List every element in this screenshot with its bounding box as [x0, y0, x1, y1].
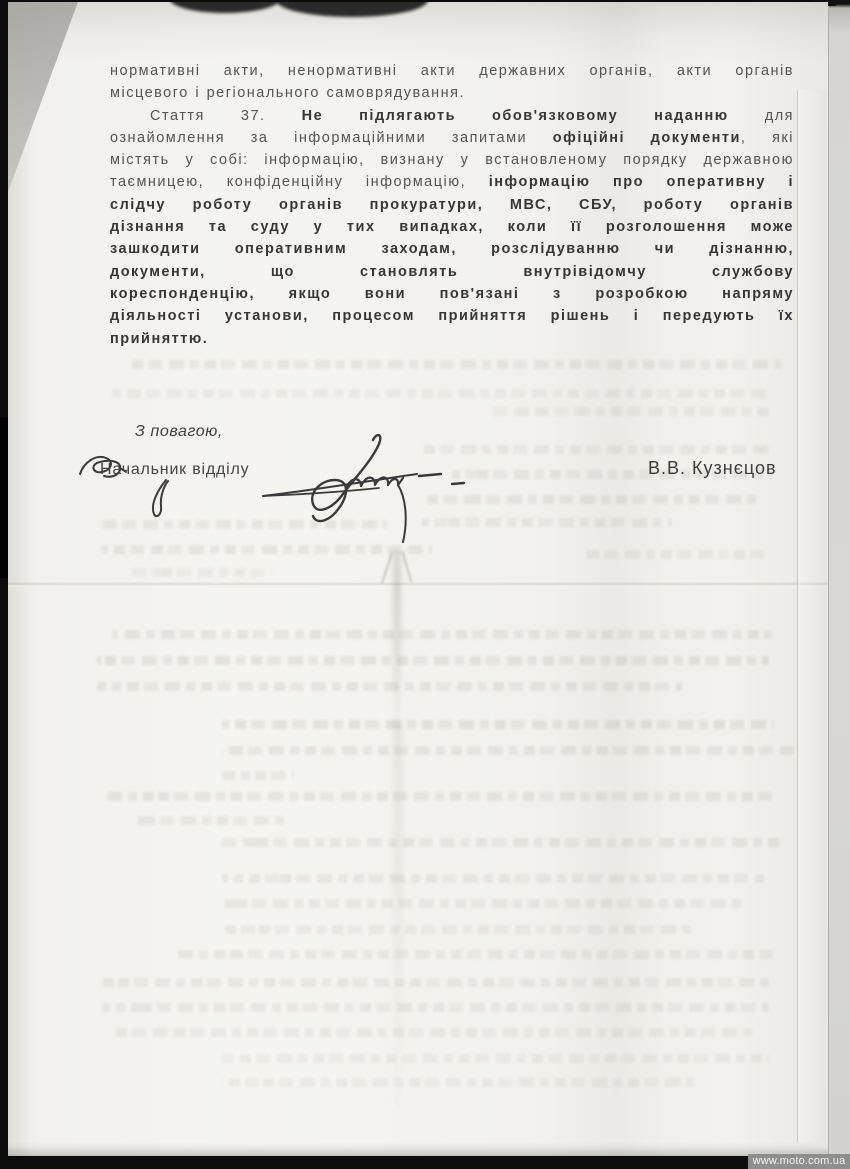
bleedthrough-line: [102, 792, 774, 801]
bleedthrough-line: [222, 1078, 694, 1087]
body-line: дізнання та суду у тих випадках, коли її…: [110, 216, 794, 238]
body-line: слідчу роботу органів прокуратури, МВС, …: [110, 194, 794, 216]
bleedthrough-line: [582, 550, 767, 559]
shadow-bottom: [8, 1142, 828, 1156]
bleedthrough-line: [222, 1054, 769, 1063]
signer-name: В.В. Кузнєцов: [648, 458, 777, 479]
lid-shadow-top: [8, 2, 828, 62]
body-line: прийняттю.: [110, 328, 794, 350]
fold-line-right: [797, 90, 826, 1142]
bleedthrough-line: [222, 771, 294, 780]
paper-sheet: нормативні акти, ненормативні акти держа…: [8, 2, 828, 1156]
bleedthrough-line: [492, 407, 772, 416]
bleedthrough-line: [102, 978, 774, 987]
body-line: місцевого і регіонального самоврядування…: [110, 82, 794, 104]
body-line: містять у собі: інформацію, визнану у вс…: [110, 149, 794, 171]
bleedthrough-line: [112, 1028, 754, 1037]
bleedthrough-line: [132, 360, 782, 369]
scanner-edge-bottom: [0, 1156, 850, 1169]
body-line: ознайомлення за інформаційними запитами …: [110, 127, 794, 149]
body-line: таємницею, конфіденційну інформацію, інф…: [110, 171, 794, 193]
bleedthrough-line: [132, 816, 284, 825]
fold-crease-vertical: [393, 722, 403, 1142]
body-line: зашкодити оперативним заходам, розслідув…: [110, 238, 794, 260]
bleedthrough-line: [222, 746, 794, 755]
scanned-letter: нормативні акти, ненормативні акти держа…: [0, 0, 850, 1169]
bleedthrough-line: [172, 950, 774, 959]
closing-salutation: З повагою,: [135, 423, 223, 441]
bleedthrough-line: [107, 389, 767, 398]
bleedthrough-line: [132, 568, 272, 577]
body-line: діяльності установи, процесом прийняття …: [110, 305, 794, 327]
bleedthrough-line: [222, 874, 764, 883]
bleedthrough-line: [222, 838, 784, 847]
bleedthrough-line: [112, 630, 772, 639]
bleedthrough-line: [222, 720, 774, 729]
body-line: документи, що становлять внутрівідомчу с…: [110, 261, 794, 283]
handwritten-initials: [76, 450, 128, 482]
fold-crease-vertical: [390, 550, 404, 740]
body-line: кореспонденцію, якщо вони пов'язані з ро…: [110, 283, 794, 305]
watermark: www.moto.com.ua: [748, 1154, 850, 1169]
bleedthrough-line: [102, 1003, 769, 1012]
body-line: нормативні акти, ненормативні акти держа…: [110, 60, 794, 82]
fold-crease-horizontal: [8, 582, 828, 587]
handwritten-pen-stroke: [142, 478, 172, 518]
handwritten-signature: [255, 428, 485, 553]
scanner-bed-right-strip: [828, 0, 850, 1156]
bleedthrough-line: [97, 656, 769, 665]
bleedthrough-line: [222, 925, 694, 934]
letter-body: нормативні акти, ненормативні акти держа…: [110, 60, 794, 350]
body-line: Стаття 37. Не підлягають обов'язковому н…: [110, 105, 794, 127]
bleedthrough-line: [222, 899, 744, 908]
